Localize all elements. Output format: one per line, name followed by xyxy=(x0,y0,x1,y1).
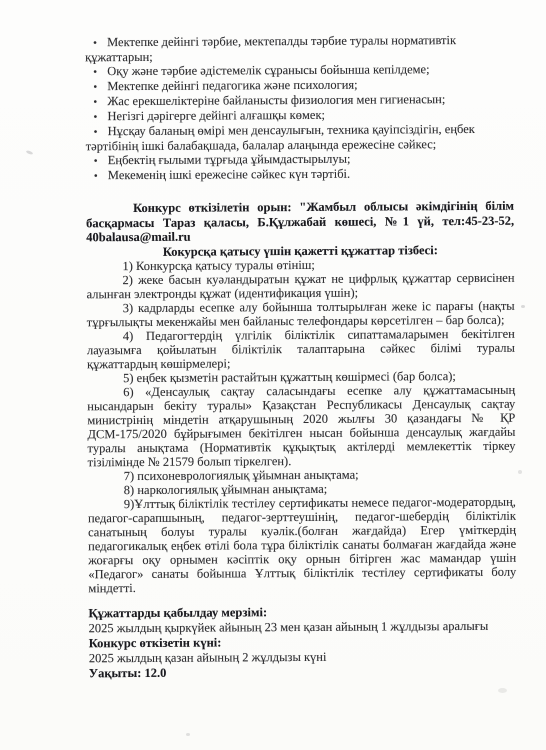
contest-time: Уақыты: 12.0 xyxy=(89,663,517,681)
numbered-item: 2) жеке басын куәландыратын құжат не циф… xyxy=(86,270,514,301)
scan-speck xyxy=(26,150,34,155)
list-item: •Мекеменің ішкі ережесіне сәйкес күн тәр… xyxy=(86,166,514,184)
bullet-text: Еңбектің ғылыми тұрғыда ұйымдастырылуы; xyxy=(108,152,351,167)
bullet-icon: • xyxy=(93,95,107,109)
bullet-text: Оқу және тәрбие әдістемелік сұранысы бой… xyxy=(107,62,429,78)
document-body: •Мектепке дейінгі тәрбие, мектепалды тәр… xyxy=(85,33,517,681)
numbered-item: 4) Педагогтердің үлгілік біліктілік сипа… xyxy=(87,326,515,371)
scanned-page: •Мектепке дейінгі тәрбие, мектепалды тәр… xyxy=(0,0,546,750)
bullet-text: Мекеменің ішкі ережесіне сәйкес күн тәрт… xyxy=(108,167,350,182)
knowledge-bullet-list: •Мектепке дейінгі тәрбие, мектепалды тәр… xyxy=(85,33,514,184)
scan-speck xyxy=(498,688,507,693)
scan-speck xyxy=(186,733,190,736)
scan-speck xyxy=(518,470,522,474)
bullet-text: Жас ерекшеліктеріне байланысты физиологи… xyxy=(107,92,445,108)
bullet-icon: • xyxy=(94,169,108,183)
schedule-block: Құжаттарды қабылдау мерзімі: 2025 жылдың… xyxy=(88,603,516,681)
bullet-text: Мектепке дейінгі педагогика және психоло… xyxy=(107,78,357,94)
scan-speck xyxy=(521,305,525,308)
bullet-text: Мектепке дейінгі тәрбие, мектепалды тәрб… xyxy=(85,33,456,64)
bullet-icon: • xyxy=(94,125,108,139)
requirements-list: 1) Конкурсқа қатысу туралы өтініш; 2) же… xyxy=(86,256,516,595)
numbered-item: 9)Ұлттық біліктілік тестілеу сертификаты… xyxy=(88,494,517,595)
list-item: •Мектепке дейінгі тәрбие, мектепалды тәр… xyxy=(85,33,513,65)
bullet-icon: • xyxy=(94,154,108,168)
bullet-text: Негізгі дәрігерге дейінгі алғашқы көмек; xyxy=(107,108,325,123)
bullet-text: Нұсқау баланың өмірі мен денсаулығын, те… xyxy=(86,122,475,153)
list-item: •Нұсқау баланың өмірі мен денсаулығын, т… xyxy=(86,122,514,154)
venue-paragraph: Конкурс өткізілетін орын: "Жамбыл облысы… xyxy=(86,199,514,245)
bullet-icon: • xyxy=(93,36,107,50)
numbered-item: 3) кадрларды есепке алу бойынша толтырыл… xyxy=(87,298,515,329)
bullet-icon: • xyxy=(93,65,107,79)
numbered-item: 6) «Денсаулық сақтау саласындағы есепке … xyxy=(87,382,516,469)
bullet-icon: • xyxy=(93,110,107,124)
bullet-icon: • xyxy=(93,80,107,94)
deadline-text: 2025 жылдың қыркүйек айының 23 мен қазан… xyxy=(89,618,517,636)
